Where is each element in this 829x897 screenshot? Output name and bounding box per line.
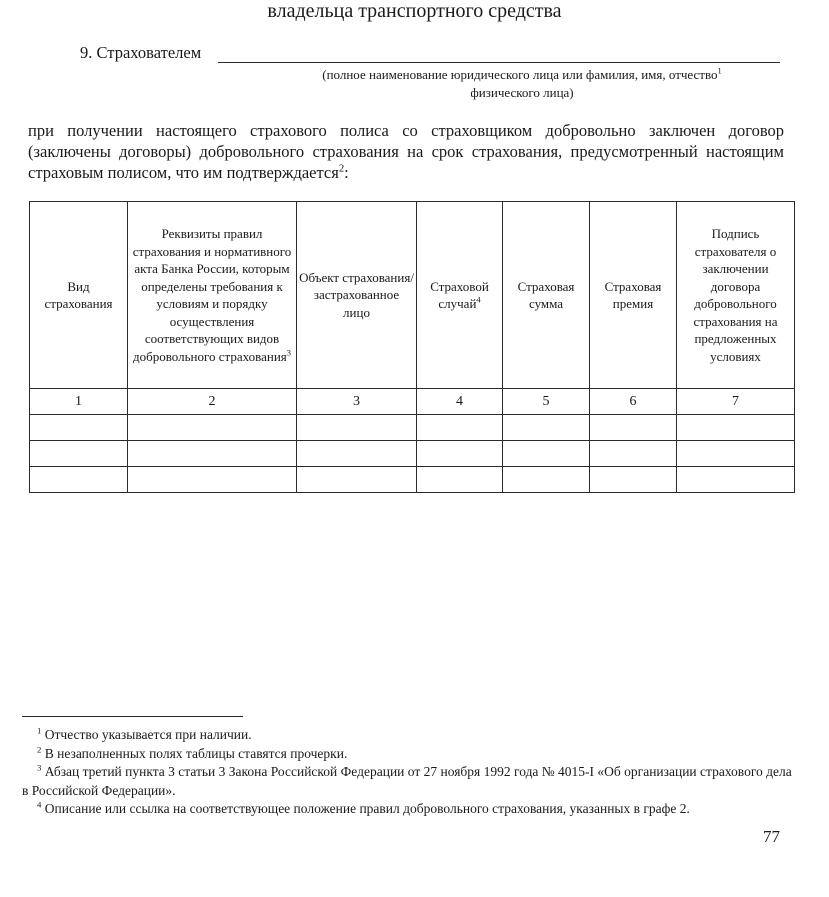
table-cell[interactable]: [30, 467, 128, 493]
table-cell[interactable]: [30, 441, 128, 467]
table-cell[interactable]: [128, 467, 297, 493]
table-row: [30, 467, 795, 493]
column-number: 6: [590, 389, 677, 415]
footnote-ref: 3: [287, 347, 291, 357]
column-header-text: Подпись страхователя о заключении догово…: [694, 226, 778, 364]
column-header-text: Реквизиты правил страхования и нормативн…: [133, 226, 292, 364]
table-cell[interactable]: [30, 415, 128, 441]
footnote-mark: 3: [37, 763, 41, 773]
column-header-text: Вид страхования: [44, 279, 112, 312]
column-header: Страховая сумма: [503, 202, 590, 389]
column-header-text: Объект страхования/ застрахованное лицо: [299, 270, 414, 320]
column-number: 2: [128, 389, 297, 415]
insurer-field-hint: (полное наименование юридического лица и…: [262, 66, 782, 102]
intro-tail: :: [344, 163, 349, 182]
footnote-item: 3 Абзац третий пункта 3 статьи 3 Закона …: [22, 763, 792, 800]
table-cell[interactable]: [590, 415, 677, 441]
table-cell[interactable]: [417, 467, 503, 493]
column-number: 4: [417, 389, 503, 415]
table-cell[interactable]: [128, 415, 297, 441]
footnote-ref-1: 1: [718, 66, 722, 76]
page-number: 77: [740, 826, 780, 848]
table-cell[interactable]: [503, 467, 590, 493]
column-number: 7: [677, 389, 795, 415]
table-cell[interactable]: [503, 415, 590, 441]
intro-paragraph: при получении настоящего страхового поли…: [28, 120, 784, 183]
table-cell[interactable]: [677, 441, 795, 467]
footnote-text: Описание или ссылка на соответствующее п…: [45, 801, 690, 816]
table-cell[interactable]: [677, 415, 795, 441]
table-cell[interactable]: [590, 441, 677, 467]
table-row: [30, 415, 795, 441]
table-row: [30, 441, 795, 467]
table-header-row: Вид страхованияРеквизиты правил страхова…: [30, 202, 795, 389]
footnote-item: 1 Отчество указывается при наличии.: [22, 726, 792, 745]
footnote-mark: 4: [37, 800, 41, 810]
insurance-table: Вид страхованияРеквизиты правил страхова…: [29, 201, 795, 493]
table-cell[interactable]: [297, 415, 417, 441]
footnote-ref: 4: [476, 295, 480, 305]
footnote-mark: 2: [37, 744, 41, 754]
insurer-hint-line1: (полное наименование юридического лица и…: [322, 67, 717, 82]
column-header: Страховая премия: [590, 202, 677, 389]
table-cell[interactable]: [590, 467, 677, 493]
section-heading: владельца транспортного средства: [0, 0, 829, 24]
column-number-row: 1234567: [30, 389, 795, 415]
table-cell[interactable]: [677, 467, 795, 493]
intro-text: при получении настоящего страхового поли…: [28, 121, 784, 182]
column-header-text: Страховая сумма: [518, 279, 575, 312]
column-number: 1: [30, 389, 128, 415]
column-header: Вид страхования: [30, 202, 128, 389]
footnote-text: Отчество указывается при наличии.: [45, 727, 252, 742]
footnotes: 1 Отчество указывается при наличии.2 В н…: [22, 726, 792, 819]
table-cell[interactable]: [297, 467, 417, 493]
column-header: Подпись страхователя о заключении догово…: [677, 202, 795, 389]
column-header: Объект страхования/ застрахованное лицо: [297, 202, 417, 389]
insurer-hint-line2: физического лица): [470, 85, 573, 100]
column-header-text: Страховая премия: [605, 279, 662, 312]
insurer-label: 9. Страхователем: [80, 42, 201, 64]
table-cell[interactable]: [503, 441, 590, 467]
footnote-text: Абзац третий пункта 3 статьи 3 Закона Ро…: [22, 764, 792, 798]
footnote-item: 4 Описание или ссылка на соответствующее…: [22, 800, 792, 819]
footnote-text: В незаполненных полях таблицы ставятся п…: [45, 746, 348, 761]
table-cell[interactable]: [297, 441, 417, 467]
footnote-mark: 1: [37, 726, 41, 736]
footnote-item: 2 В незаполненных полях таблицы ставятся…: [22, 745, 792, 764]
column-header: Страховой случай4: [417, 202, 503, 389]
table-cell[interactable]: [417, 441, 503, 467]
column-number: 5: [503, 389, 590, 415]
footnote-separator: [22, 716, 243, 717]
insurer-name-blank-field[interactable]: [218, 62, 780, 63]
table-cell[interactable]: [128, 441, 297, 467]
column-header: Реквизиты правил страхования и нормативн…: [128, 202, 297, 389]
column-number: 3: [297, 389, 417, 415]
table-cell[interactable]: [417, 415, 503, 441]
